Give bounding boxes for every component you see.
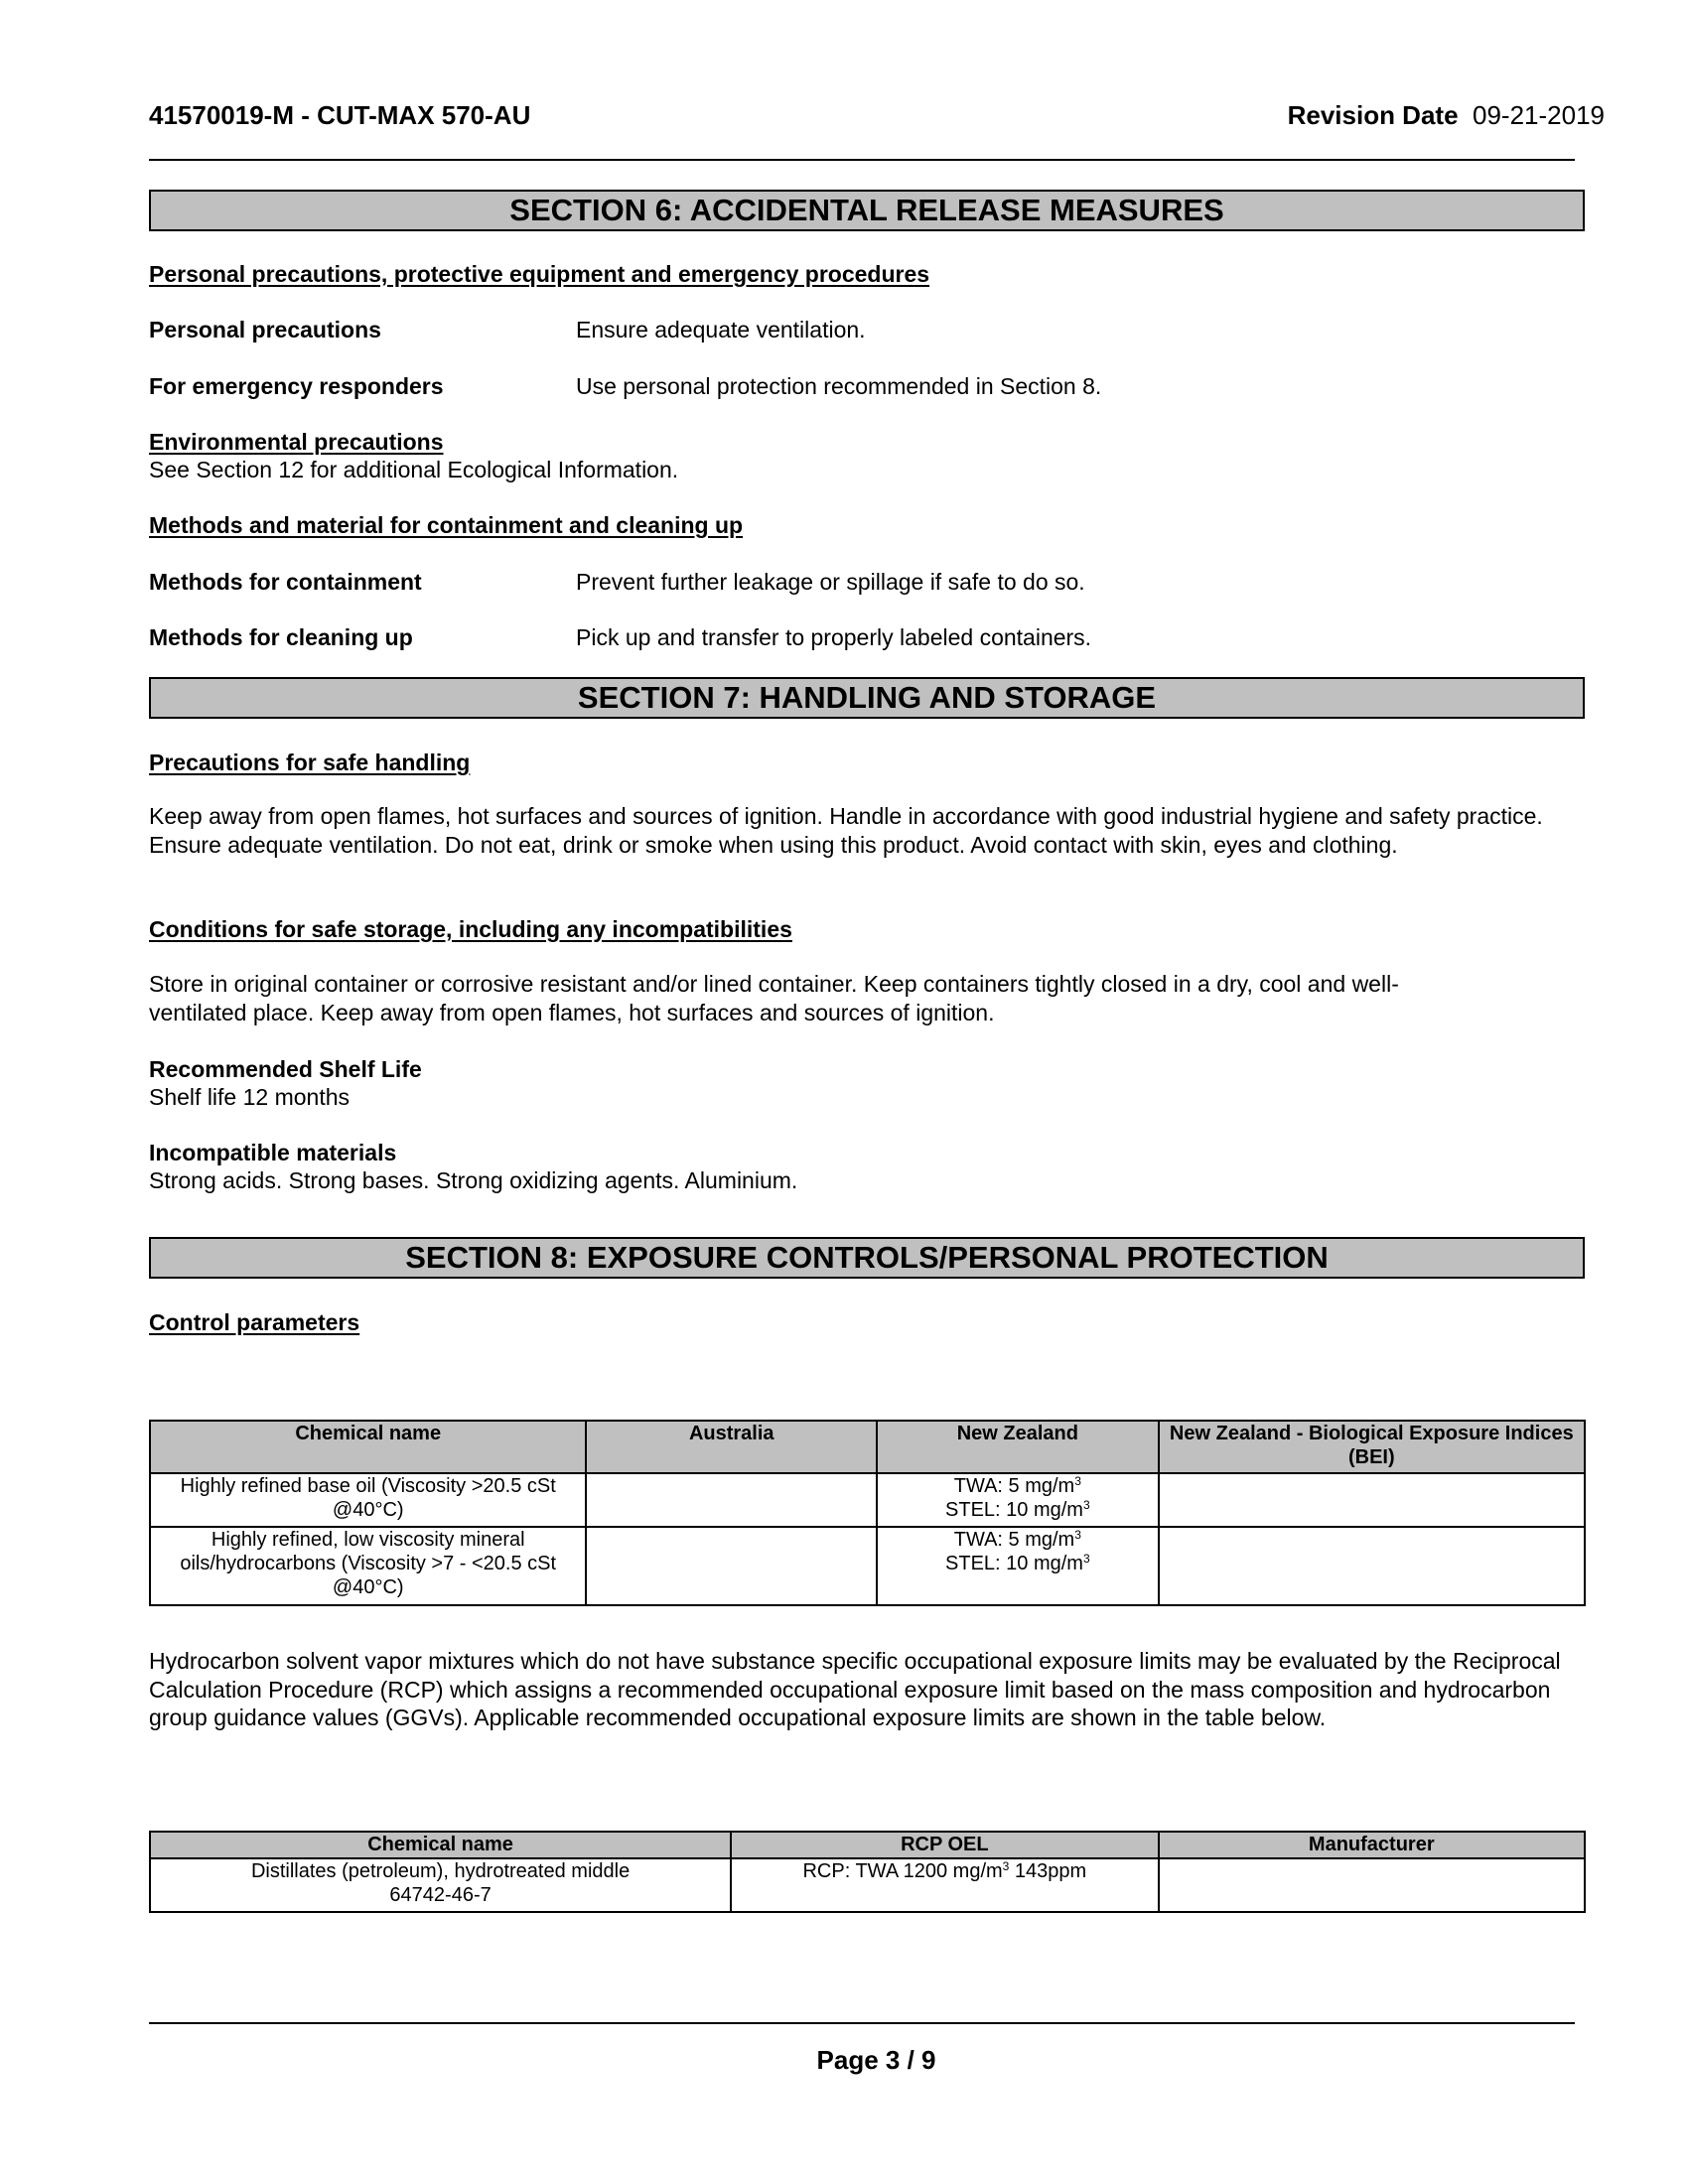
containment-value: Prevent further leakage or spillage if s… [576, 568, 1085, 596]
cleaning-up-value: Pick up and transfer to properly labeled… [576, 623, 1091, 651]
rcp-oel-cell: RCP: TWA 1200 mg/m3 143ppm [731, 1858, 1158, 1912]
revision-date-label: Revision Date [1288, 100, 1459, 130]
rcp-ppm-value: 143ppm [1009, 1860, 1086, 1882]
chemical-name: Distillates (petroleum), hydrotreated mi… [251, 1860, 630, 1882]
environmental-precautions-heading: Environmental precautions [149, 428, 444, 456]
emergency-responders-value: Use personal protection recommended in S… [576, 372, 1101, 400]
chemical-name-cell: Highly refined, low viscosity mineral oi… [150, 1527, 586, 1605]
new-zealand-cell: TWA: 5 mg/m3 STEL: 10 mg/m3 [877, 1473, 1159, 1527]
chemical-name-cell: Highly refined base oil (Viscosity >20.5… [150, 1473, 586, 1527]
chemical-name-cell: Distillates (petroleum), hydrotreated mi… [150, 1858, 731, 1912]
rcp-oel-table: Chemical name RCP OEL Manufacturer Disti… [149, 1831, 1586, 1913]
environmental-precautions-text: See Section 12 for additional Ecological… [149, 456, 1589, 484]
unit-superscript: 3 [1074, 1474, 1081, 1488]
column-header-new-zealand: New Zealand [877, 1421, 1159, 1473]
header-rule [149, 159, 1575, 161]
personal-precautions-value: Ensure adequate ventilation. [576, 316, 866, 343]
personal-precautions-label: Personal precautions [149, 316, 381, 343]
rcp-oel-value: RCP: TWA 1200 mg/m [802, 1860, 1002, 1882]
safe-storage-text: Store in original container or corrosive… [149, 970, 1440, 1026]
nz-bei-cell [1159, 1527, 1585, 1605]
unit-superscript: 3 [1074, 1528, 1081, 1542]
nz-twa: TWA: 5 mg/m [954, 1529, 1074, 1551]
table-row: Highly refined base oil (Viscosity >20.5… [150, 1473, 1585, 1527]
containment-methods-heading: Methods and material for containment and… [149, 511, 743, 539]
column-header-chemical-name: Chemical name [150, 1832, 731, 1858]
control-parameters-heading: Control parameters [149, 1308, 359, 1336]
rcp-explanation-text: Hydrocarbon solvent vapor mixtures which… [149, 1647, 1594, 1732]
column-header-rcp-oel: RCP OEL [731, 1832, 1158, 1858]
cas-number: 64742-46-7 [389, 1884, 491, 1906]
safe-handling-text: Keep away from open flames, hot surfaces… [149, 802, 1589, 859]
incompatible-materials-heading: Incompatible materials [149, 1139, 396, 1166]
incompatible-materials-text: Strong acids. Strong bases. Strong oxidi… [149, 1166, 1589, 1195]
cleaning-up-label: Methods for cleaning up [149, 623, 413, 651]
table-header-row: Chemical name Australia New Zealand New … [150, 1421, 1585, 1473]
column-header-chemical-name: Chemical name [150, 1421, 586, 1473]
nz-stel: STEL: 10 mg/m [945, 1553, 1083, 1574]
personal-precautions-heading: Personal precautions, protective equipme… [149, 260, 929, 288]
nz-bei-cell [1159, 1473, 1585, 1527]
section-6-title: SECTION 6: ACCIDENTAL RELEASE MEASURES [149, 190, 1585, 231]
column-header-nz-bei: New Zealand - Biological Exposure Indice… [1159, 1421, 1585, 1473]
page-number: Page 3 / 9 [0, 2045, 1688, 2076]
shelf-life-text: Shelf life 12 months [149, 1083, 1589, 1112]
document-product-id: 41570019-M - CUT-MAX 570-AU [149, 100, 530, 130]
manufacturer-cell [1159, 1858, 1585, 1912]
shelf-life-heading: Recommended Shelf Life [149, 1055, 422, 1083]
emergency-responders-label: For emergency responders [149, 372, 444, 400]
footer-rule [149, 2022, 1575, 2024]
table-header-row: Chemical name RCP OEL Manufacturer [150, 1832, 1585, 1858]
nz-stel: STEL: 10 mg/m [945, 1499, 1083, 1521]
revision-date-value: 09-21-2019 [1473, 100, 1605, 130]
table-row: Highly refined, low viscosity mineral oi… [150, 1527, 1585, 1605]
column-header-australia: Australia [586, 1421, 877, 1473]
safe-storage-heading: Conditions for safe storage, including a… [149, 915, 792, 943]
safe-handling-heading: Precautions for safe handling [149, 749, 470, 776]
australia-cell [586, 1473, 877, 1527]
section-7-title: SECTION 7: HANDLING AND STORAGE [149, 677, 1585, 719]
table-row: Distillates (petroleum), hydrotreated mi… [150, 1858, 1585, 1912]
australia-cell [586, 1527, 877, 1605]
new-zealand-cell: TWA: 5 mg/m3 STEL: 10 mg/m3 [877, 1527, 1159, 1605]
containment-label: Methods for containment [149, 568, 422, 596]
column-header-manufacturer: Manufacturer [1159, 1832, 1585, 1858]
nz-twa: TWA: 5 mg/m [954, 1475, 1074, 1497]
section-8-title: SECTION 8: EXPOSURE CONTROLS/PERSONAL PR… [149, 1237, 1585, 1279]
revision-date-block: Revision Date 09-21-2019 [1288, 100, 1605, 130]
exposure-limits-table: Chemical name Australia New Zealand New … [149, 1420, 1586, 1606]
unit-superscript: 3 [1083, 1552, 1090, 1566]
unit-superscript: 3 [1083, 1498, 1090, 1512]
